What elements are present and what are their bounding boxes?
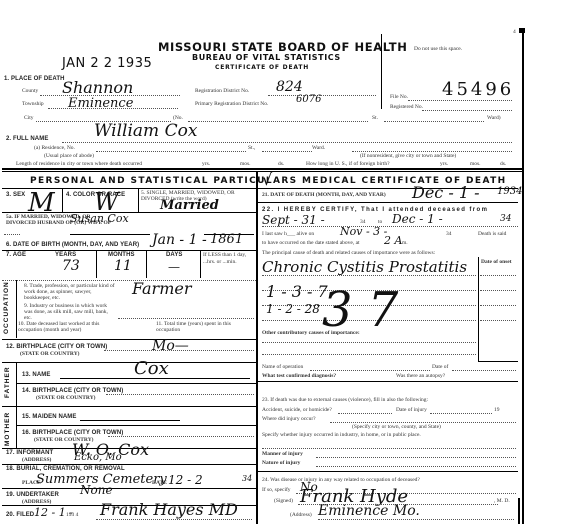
check-mark: √ bbox=[262, 170, 272, 189]
informant-label: 17. INFORMANT bbox=[6, 450, 53, 456]
nonresident-note: (If nonresident, give city or town and S… bbox=[360, 153, 456, 159]
place-of-death-label: 1. PLACE OF DEATH bbox=[4, 76, 65, 82]
cause-note-2: 1 - 2 - 28 bbox=[266, 302, 320, 316]
age-days-label: DAYS bbox=[166, 252, 183, 258]
birthplace-sub-label: (STATE OR COUNTRY) bbox=[20, 351, 80, 357]
autopsy-label: Was there an autopsy? bbox=[396, 373, 445, 379]
occurred-time: 2 A bbox=[384, 234, 402, 247]
township-value: Eminence bbox=[68, 96, 133, 111]
form-name: CERTIFICATE OF DEATH bbox=[215, 64, 309, 71]
how-long-label: How long in U. S., if of foreign birth? bbox=[306, 161, 390, 167]
nature-injury-label: Nature of injury bbox=[262, 460, 300, 466]
dob-year: 1861 bbox=[210, 232, 243, 247]
county-label: County bbox=[22, 88, 38, 94]
injury-year-prefix: 19 bbox=[494, 407, 500, 413]
last-worked-label: 10. Date deceased last worked at this oc… bbox=[18, 321, 116, 333]
cause-of-death-value: Chronic Cystitis Prostatitis bbox=[262, 258, 467, 276]
marital-status-value: Married bbox=[160, 198, 219, 213]
county-value: Shannon bbox=[62, 78, 133, 97]
residence-ward-label: Ward. bbox=[312, 145, 325, 151]
father-name-label: 13. NAME bbox=[22, 372, 50, 378]
age-months-value: 11 bbox=[114, 258, 132, 274]
received-date-stamp: JAN 2 2 1935 bbox=[62, 56, 152, 71]
corner-tab bbox=[519, 28, 525, 33]
ds-label: ds. bbox=[278, 161, 284, 167]
age-days-value: — bbox=[168, 260, 180, 274]
attended-to: Dec - 1 - bbox=[392, 212, 443, 226]
residence-street-label: St., bbox=[248, 145, 255, 151]
burial-year: 34 bbox=[242, 474, 252, 483]
age-years-value: 73 bbox=[62, 258, 80, 274]
header-divider bbox=[381, 34, 382, 109]
dob-value: Jan - 1 - bbox=[152, 232, 207, 248]
us-ds-label: ds. bbox=[500, 161, 506, 167]
registered-no-label: Registered No. bbox=[390, 104, 423, 110]
reg-district-label: Registration District No. bbox=[195, 88, 249, 94]
m-label: m. bbox=[402, 240, 408, 246]
last-saw-value: Nov - 3 - bbox=[340, 225, 387, 238]
md-label: , M. D. bbox=[494, 498, 510, 504]
if-so-label: If so, specify bbox=[262, 487, 291, 493]
maiden-name-label: 15. MAIDEN NAME bbox=[22, 414, 77, 420]
accident-label: Accident, suicide, or homicide? bbox=[262, 407, 332, 413]
manner-injury-label: Manner of injury bbox=[262, 451, 303, 457]
township-label: Township bbox=[22, 101, 44, 107]
us-mos-label: mos. bbox=[470, 161, 481, 167]
undertaker-value: None bbox=[80, 483, 113, 497]
informant-address-value: Ecko, Mo bbox=[74, 452, 122, 463]
diagnosis-test-label: What test confirmed diagnosis? bbox=[262, 373, 336, 379]
primary-reg-value: 6076 bbox=[296, 94, 321, 105]
specify-injury-label: Specify whether injury occurred in indus… bbox=[262, 432, 421, 438]
spouse-value: Susan Cox bbox=[70, 212, 129, 225]
occupation-related-label: 24. Was disease or injury in any way rel… bbox=[262, 477, 420, 483]
date-of-onset-label: Date of onset bbox=[481, 259, 512, 265]
father-birthplace-sub-label: (STATE OR COUNTRY) bbox=[36, 395, 96, 401]
us-yrs-label: yrs. bbox=[440, 161, 448, 167]
trade-label: 8. Trade, profession, or particular kind… bbox=[24, 283, 116, 301]
age-label: 7. AGE bbox=[6, 252, 26, 258]
father-name-value: Cox bbox=[134, 358, 169, 379]
physician-address: Eminence Mo. bbox=[318, 503, 420, 519]
residence-label: (a) Residence, No. bbox=[34, 145, 75, 151]
mos-label: mos. bbox=[240, 161, 251, 167]
corner-mark: 4 bbox=[513, 29, 516, 35]
less-than-day-label: If LESS than 1 day, ...hrs. or ...min. bbox=[203, 252, 255, 266]
burial-date-label: DATE bbox=[152, 480, 167, 486]
yrs-label: yrs. bbox=[202, 161, 210, 167]
signed-label: (Signed) bbox=[274, 498, 293, 504]
length-of-residence-label: Length of residence in city or town wher… bbox=[16, 161, 142, 167]
external-causes-label: 23. If death was due to external causes … bbox=[262, 397, 428, 403]
burial-date-value: 12 - 2 bbox=[168, 473, 203, 487]
operation-label: Name of operation bbox=[262, 364, 303, 370]
last-saw-year: 34 bbox=[446, 231, 452, 237]
registrar-signature: Frank Hayes MD bbox=[100, 500, 238, 519]
where-injury-label: Where did injury occur? bbox=[262, 416, 316, 422]
residence-note: (Usual place of abode) bbox=[44, 153, 94, 159]
father-side-label: FATHER bbox=[4, 366, 11, 398]
filed-label: 20. FILED bbox=[6, 512, 34, 518]
attended-to-year: 34 bbox=[500, 214, 511, 224]
death-said-label: Death is said bbox=[478, 231, 506, 237]
attended-from: Sept - 31 - bbox=[262, 213, 325, 227]
address-label: (Address) bbox=[290, 512, 312, 518]
street-label: St. bbox=[372, 115, 378, 121]
undertaker-label: 19. UNDERTAKER bbox=[6, 492, 59, 498]
birthplace-label: 12. BIRTHPLACE (CITY OR TOWN) bbox=[6, 344, 107, 350]
primary-reg-label: Primary Registration District No. bbox=[195, 101, 268, 107]
dob-label: 6. DATE OF BIRTH (MONTH, DAY, AND YEAR) bbox=[6, 242, 139, 248]
ward-label: Ward) bbox=[487, 115, 501, 121]
date-of-label: Date of bbox=[432, 364, 448, 370]
file-no-label: File No. bbox=[390, 94, 408, 100]
city-label: City bbox=[24, 115, 33, 121]
birthplace-value: Mo— bbox=[152, 338, 189, 354]
informant-address-label: (ADDRESS) bbox=[22, 457, 51, 463]
date-of-death-year: 1934 bbox=[497, 186, 522, 197]
last-saw-label: I last saw h___ alive on bbox=[262, 231, 314, 237]
date-of-death-label: 21. DATE OF DEATH (MONTH, DAY, AND YEAR) bbox=[262, 192, 386, 198]
mother-side-label: MOTHER bbox=[4, 412, 11, 446]
date-of-injury-label: Date of injury bbox=[396, 407, 427, 413]
sex-label: 3. SEX bbox=[6, 192, 25, 198]
full-name-value: William Cox bbox=[94, 121, 197, 141]
full-name-label: 2. FULL NAME bbox=[6, 136, 48, 142]
do-not-use-note: Do not use this space. bbox=[414, 46, 462, 52]
cause-note-1: 1 - 3 - 7 bbox=[266, 282, 328, 301]
trade-value: Farmer bbox=[132, 279, 192, 298]
where-injury-sub: (Specify city or town, county, and State… bbox=[352, 424, 441, 430]
reg-district-value: 824 bbox=[276, 79, 303, 95]
personal-section-title: PERSONAL AND STATISTICAL PARTICULARS bbox=[30, 176, 298, 186]
form-right-border bbox=[522, 30, 524, 524]
occurred-label: to have occurred on the date stated abov… bbox=[262, 240, 360, 246]
form-subtitle: BUREAU OF VITAL STATISTICS bbox=[192, 53, 341, 62]
other-causes-label: Other contributory causes of importance: bbox=[262, 330, 360, 336]
form-title: MISSOURI STATE BOARD OF HEALTH bbox=[158, 40, 407, 54]
occupation-side-label: OCCUPATION bbox=[3, 281, 10, 334]
file-number: 45496 bbox=[442, 79, 514, 100]
filed-year: 193 4 bbox=[66, 512, 78, 518]
total-time-label: 11. Total time (years) spent in this occ… bbox=[156, 321, 236, 333]
date-of-death-value: Dec - 1 - bbox=[412, 183, 480, 202]
cause-label: The principal cause of death and related… bbox=[262, 250, 435, 256]
industry-label: 9. Industry or business in which work wa… bbox=[24, 303, 116, 321]
